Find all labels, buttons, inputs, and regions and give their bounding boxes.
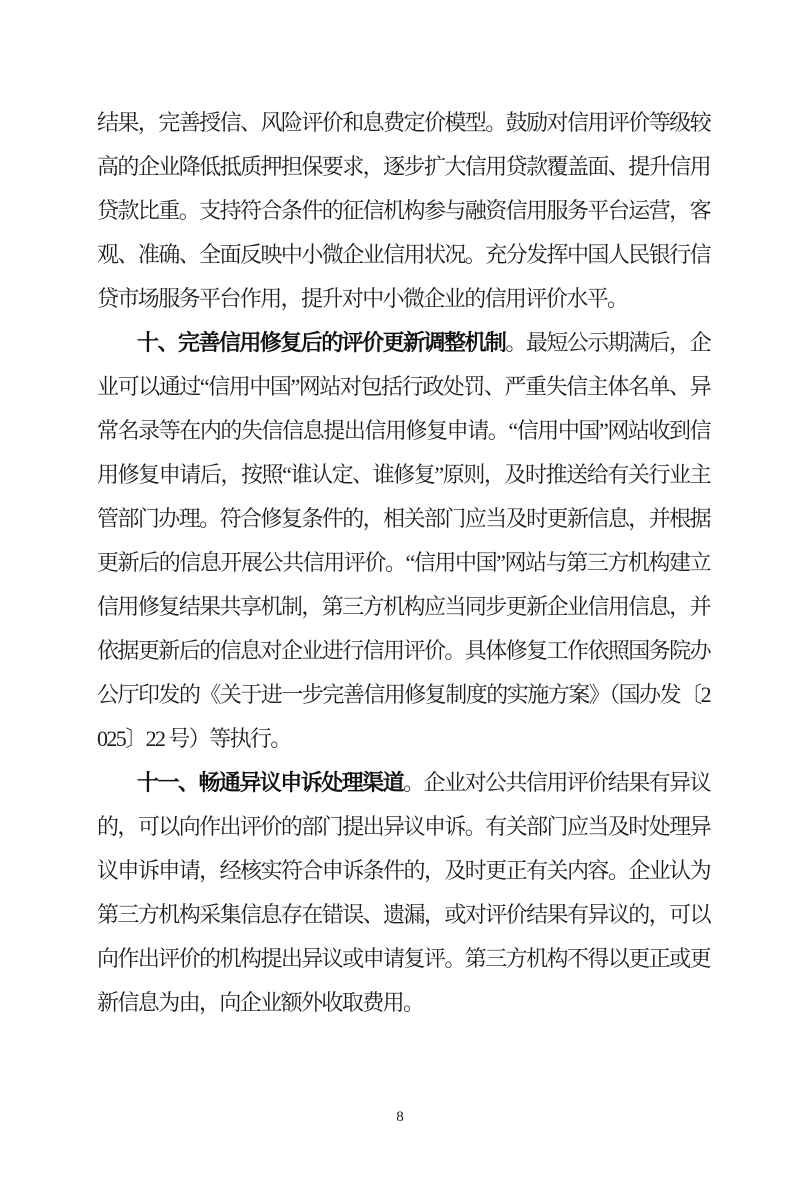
page-number: 8: [396, 1109, 404, 1125]
document-page: 结果，完善授信、风险评价和息费定价模型。鼓励对信用评价等级较高的企业降低抵质押担…: [0, 0, 800, 1200]
paragraph-text: 。最短公示期满后，企业可以通过“信用中国”网站对包括行政处罚、严重失信主体名单、…: [97, 330, 710, 751]
paragraph-text: 。企业对公共信用评价结果有异议的，可以向作出评价的部门提出异议申诉。有关部门应当…: [97, 770, 710, 1015]
paragraph-text: 结果，完善授信、风险评价和息费定价模型。鼓励对信用评价等级较高的企业降低抵质押担…: [97, 110, 710, 311]
section-heading-10: 十、完善信用修复后的评价更新调整机制: [137, 330, 505, 355]
section-heading-11: 十一、畅通异议申诉处理渠道: [137, 770, 403, 795]
page-footer: 8: [0, 1108, 800, 1126]
paragraph-section-10: 十、完善信用修复后的评价更新调整机制。最短公示期满后，企业可以通过“信用中国”网…: [97, 321, 710, 761]
paragraph-continuation: 结果，完善授信、风险评价和息费定价模型。鼓励对信用评价等级较高的企业降低抵质押担…: [97, 101, 710, 321]
document-body: 结果，完善授信、风险评价和息费定价模型。鼓励对信用评价等级较高的企业降低抵质押担…: [97, 101, 710, 1025]
paragraph-section-11: 十一、畅通异议申诉处理渠道。企业对公共信用评价结果有异议的，可以向作出评价的部门…: [97, 761, 710, 1025]
